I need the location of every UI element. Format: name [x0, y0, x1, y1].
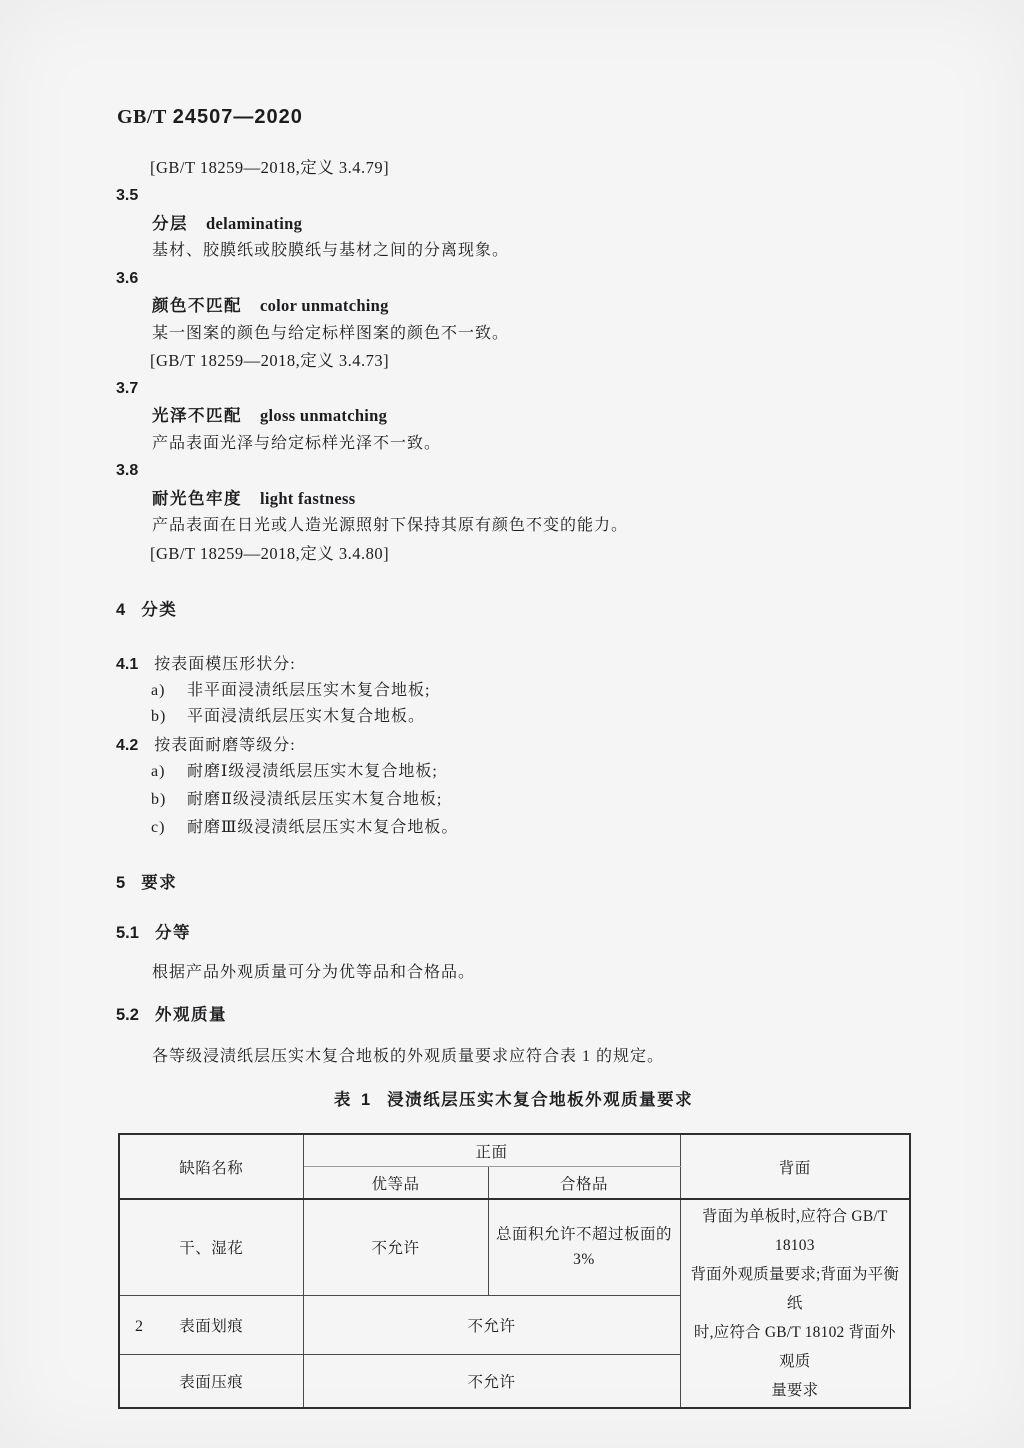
clause-number: 5.1: [116, 924, 139, 942]
list-item: b)平面浸渍纸层压实木复合地板。: [151, 704, 425, 730]
section-number: 4: [116, 601, 125, 619]
term-heading-3-7: 光泽不匹配gloss unmatching: [152, 403, 387, 430]
list-item: c)耐磨Ⅲ级浸渍纸层压实木复合地板。: [151, 815, 458, 841]
back-note-line: 背面外观质量要求;背面为平衡纸: [687, 1260, 904, 1318]
term-definition-3-7: 产品表面光泽与给定标样光泽不一致。: [152, 431, 441, 457]
term-heading-3-5: 分层delaminating: [152, 211, 302, 238]
header-cell-premium: 优等品: [303, 1167, 488, 1200]
list-item: a)非平面浸渍纸层压实木复合地板;: [151, 678, 430, 704]
definition-source-ref: [GB/T 18259—2018,定义 3.4.80]: [150, 541, 389, 567]
list-item-label: a): [151, 678, 169, 704]
cell-qualified: 总面积允许不超过板面的 3%: [488, 1199, 680, 1295]
term-zh: 耐光色牢度: [152, 490, 242, 508]
header-cell-defect: 缺陷名称: [119, 1134, 303, 1199]
clause-number: 4.2: [116, 737, 138, 754]
definition-source-ref: [GB/T 18259—2018,定义 3.4.79]: [150, 155, 389, 181]
doc-code-header: GB/T24507—2020: [117, 106, 303, 129]
term-en: delaminating: [206, 214, 302, 233]
clause-4-1: 4.1按表面模压形状分:: [116, 651, 296, 674]
header-cell-front: 正面: [303, 1134, 680, 1167]
section-number: 5: [116, 874, 125, 892]
list-item-text: 耐磨Ⅲ级浸渍纸层压实木复合地板。: [187, 819, 458, 836]
term-definition-3-5: 基材、胶膜纸或胶膜纸与基材之间的分离现象。: [152, 238, 509, 264]
standard-document-page: GB/T24507—2020 [GB/T 18259—2018,定义 3.4.7…: [0, 0, 1024, 1448]
section-heading-4: 4分类: [116, 597, 177, 624]
term-definition-3-6: 某一图案的颜色与给定标样图案的颜色不一致。: [152, 321, 509, 347]
section-title: 分类: [141, 601, 177, 619]
list-item: a)耐磨Ⅰ级浸渍纸层压实木复合地板;: [151, 759, 438, 785]
list-item: b)耐磨Ⅱ级浸渍纸层压实木复合地板;: [151, 787, 442, 813]
term-en: color unmatching: [260, 296, 389, 315]
header-cell-back: 背面: [680, 1134, 910, 1199]
back-note-line: 时,应符合 GB/T 18102 背面外观质: [687, 1318, 904, 1376]
table-caption-label: 表 1: [334, 1091, 373, 1109]
list-item-label: a): [151, 759, 169, 785]
term-heading-3-8: 耐光色牢度light fastness: [152, 486, 355, 513]
list-item-text: 耐磨Ⅰ级浸渍纸层压实木复合地板;: [187, 763, 438, 780]
cell-premium: 不允许: [303, 1199, 488, 1295]
table-caption-title: 浸渍纸层压实木复合地板外观质量要求: [387, 1091, 693, 1109]
clause-heading-5-1: 5.1分等: [116, 920, 191, 947]
section-title: 要求: [141, 874, 177, 892]
clause-4-2: 4.2按表面耐磨等级分:: [116, 732, 296, 755]
page-number: 2: [135, 1318, 143, 1336]
cell-defect: 干、湿花: [119, 1199, 303, 1295]
term-definition-3-8: 产品表面在日光或人造光源照射下保持其原有颜色不变的能力。: [152, 513, 628, 539]
cell-back-note: 背面为单板时,应符合 GB/T 18103 背面外观质量要求;背面为平衡纸 时,…: [680, 1199, 910, 1408]
doc-code-prefix: GB/T: [117, 106, 167, 128]
clause-title: 分等: [155, 924, 191, 942]
term-en: gloss unmatching: [260, 406, 387, 425]
clause-title: 外观质量: [155, 1006, 227, 1024]
cell-defect: 表面压痕: [119, 1354, 303, 1408]
clause-number-3-6: 3.6: [116, 266, 138, 292]
term-heading-3-6: 颜色不匹配color unmatching: [152, 293, 389, 320]
clause-number: 5.2: [116, 1006, 139, 1024]
back-note-line: 背面为单板时,应符合 GB/T 18103: [687, 1202, 904, 1260]
paragraph-5-1: 根据产品外观质量可分为优等品和合格品。: [152, 960, 475, 986]
clause-heading-5-2: 5.2外观质量: [116, 1002, 227, 1029]
term-en: light fastness: [260, 489, 355, 508]
back-note-line: 量要求: [687, 1376, 904, 1405]
table-row: 干、湿花 不允许 总面积允许不超过板面的 3% 背面为单板时,应符合 GB/T …: [119, 1199, 910, 1295]
list-item-text: 平面浸渍纸层压实木复合地板。: [187, 708, 425, 725]
header-cell-qualified: 合格品: [488, 1167, 680, 1200]
paragraph-5-2: 各等级浸渍纸层压实木复合地板的外观质量要求应符合表 1 的规定。: [152, 1044, 664, 1070]
clause-text: 按表面模压形状分:: [154, 656, 295, 673]
table-1-appearance-quality: 缺陷名称 正面 背面 优等品 合格品 干、湿花 不允许 总面积允许不超过板面的 …: [118, 1133, 911, 1409]
clause-number-3-7: 3.7: [116, 376, 138, 402]
clause-number-3-8: 3.8: [116, 458, 138, 484]
table-caption: 表 1浸渍纸层压实木复合地板外观质量要求: [118, 1086, 909, 1110]
section-heading-5: 5要求: [116, 870, 177, 897]
cell-merged: 不允许: [303, 1295, 680, 1354]
cell-merged: 不允许: [303, 1354, 680, 1408]
clause-text: 按表面耐磨等级分:: [154, 737, 295, 754]
definition-source-ref: [GB/T 18259—2018,定义 3.4.73]: [150, 348, 389, 374]
clause-number-3-5: 3.5: [116, 183, 138, 209]
list-item-label: c): [151, 815, 169, 841]
list-item-text: 耐磨Ⅱ级浸渍纸层压实木复合地板;: [187, 791, 442, 808]
clause-number: 4.1: [116, 656, 138, 673]
cell-defect: 表面划痕: [119, 1295, 303, 1354]
term-zh: 分层: [152, 215, 188, 233]
term-zh: 颜色不匹配: [152, 297, 242, 315]
doc-code-number: 24507—2020: [173, 106, 303, 128]
list-item-label: b): [151, 787, 169, 813]
list-item-label: b): [151, 704, 169, 730]
list-item-text: 非平面浸渍纸层压实木复合地板;: [187, 682, 430, 699]
term-zh: 光泽不匹配: [152, 407, 242, 425]
